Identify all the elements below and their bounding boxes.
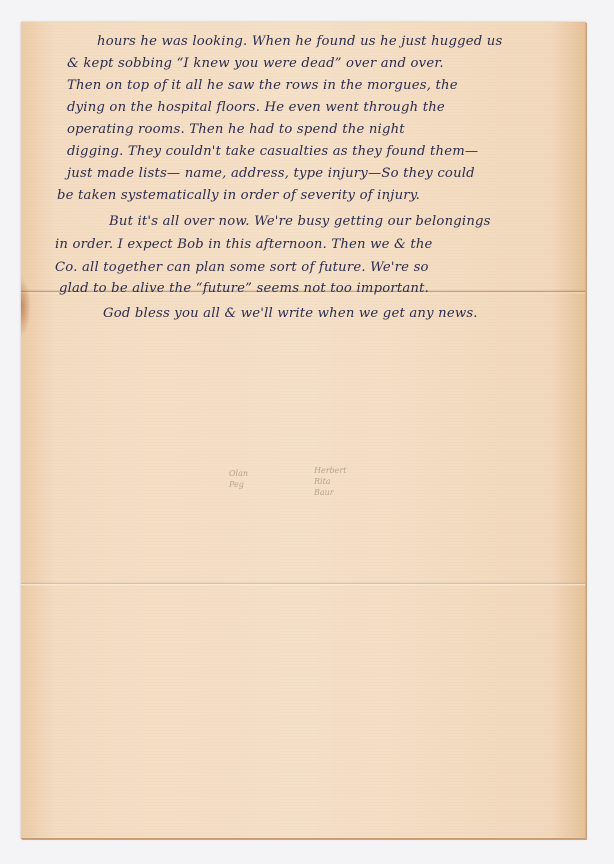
- letter-line: & kept sobbing “I knew you were dead” ov…: [67, 56, 444, 71]
- pencil-note-line: Herbert: [314, 465, 346, 476]
- letter-page: hours he was looking. When he found us h…: [21, 22, 586, 839]
- letter-line: be taken systematically in order of seve…: [57, 188, 420, 203]
- letter-line: in order. I expect Bob in this afternoon…: [55, 237, 433, 252]
- letter-line: operating rooms. Then he had to spend th…: [67, 122, 405, 137]
- edge-stain: [21, 277, 31, 337]
- letter-line: hours he was looking. When he found us h…: [97, 34, 502, 49]
- letter-line: Co. all together can plan some sort of f…: [55, 260, 429, 275]
- letter-line: But it's all over now. We're busy gettin…: [109, 214, 491, 229]
- pencil-note-line: Olan: [229, 468, 248, 479]
- pencil-note-right: Herbert Rita Baur: [314, 465, 346, 498]
- letter-line: glad to be alive the “future” seems not …: [59, 281, 429, 296]
- pencil-note-line: Rita: [314, 476, 346, 487]
- pencil-note-left: Olan Peg: [229, 468, 248, 490]
- pencil-note-line: Peg: [229, 479, 248, 490]
- letter-line: God bless you all & we'll write when we …: [103, 306, 478, 321]
- letter-line: Then on top of it all he saw the rows in…: [67, 78, 458, 93]
- letter-line: dying on the hospital floors. He even we…: [67, 100, 445, 115]
- letter-line: digging. They couldn't take casualties a…: [67, 144, 478, 159]
- pencil-note-line: Baur: [314, 487, 346, 498]
- letter-line: just made lists— name, address, type inj…: [67, 166, 475, 181]
- fold-crease-lower: [21, 582, 585, 586]
